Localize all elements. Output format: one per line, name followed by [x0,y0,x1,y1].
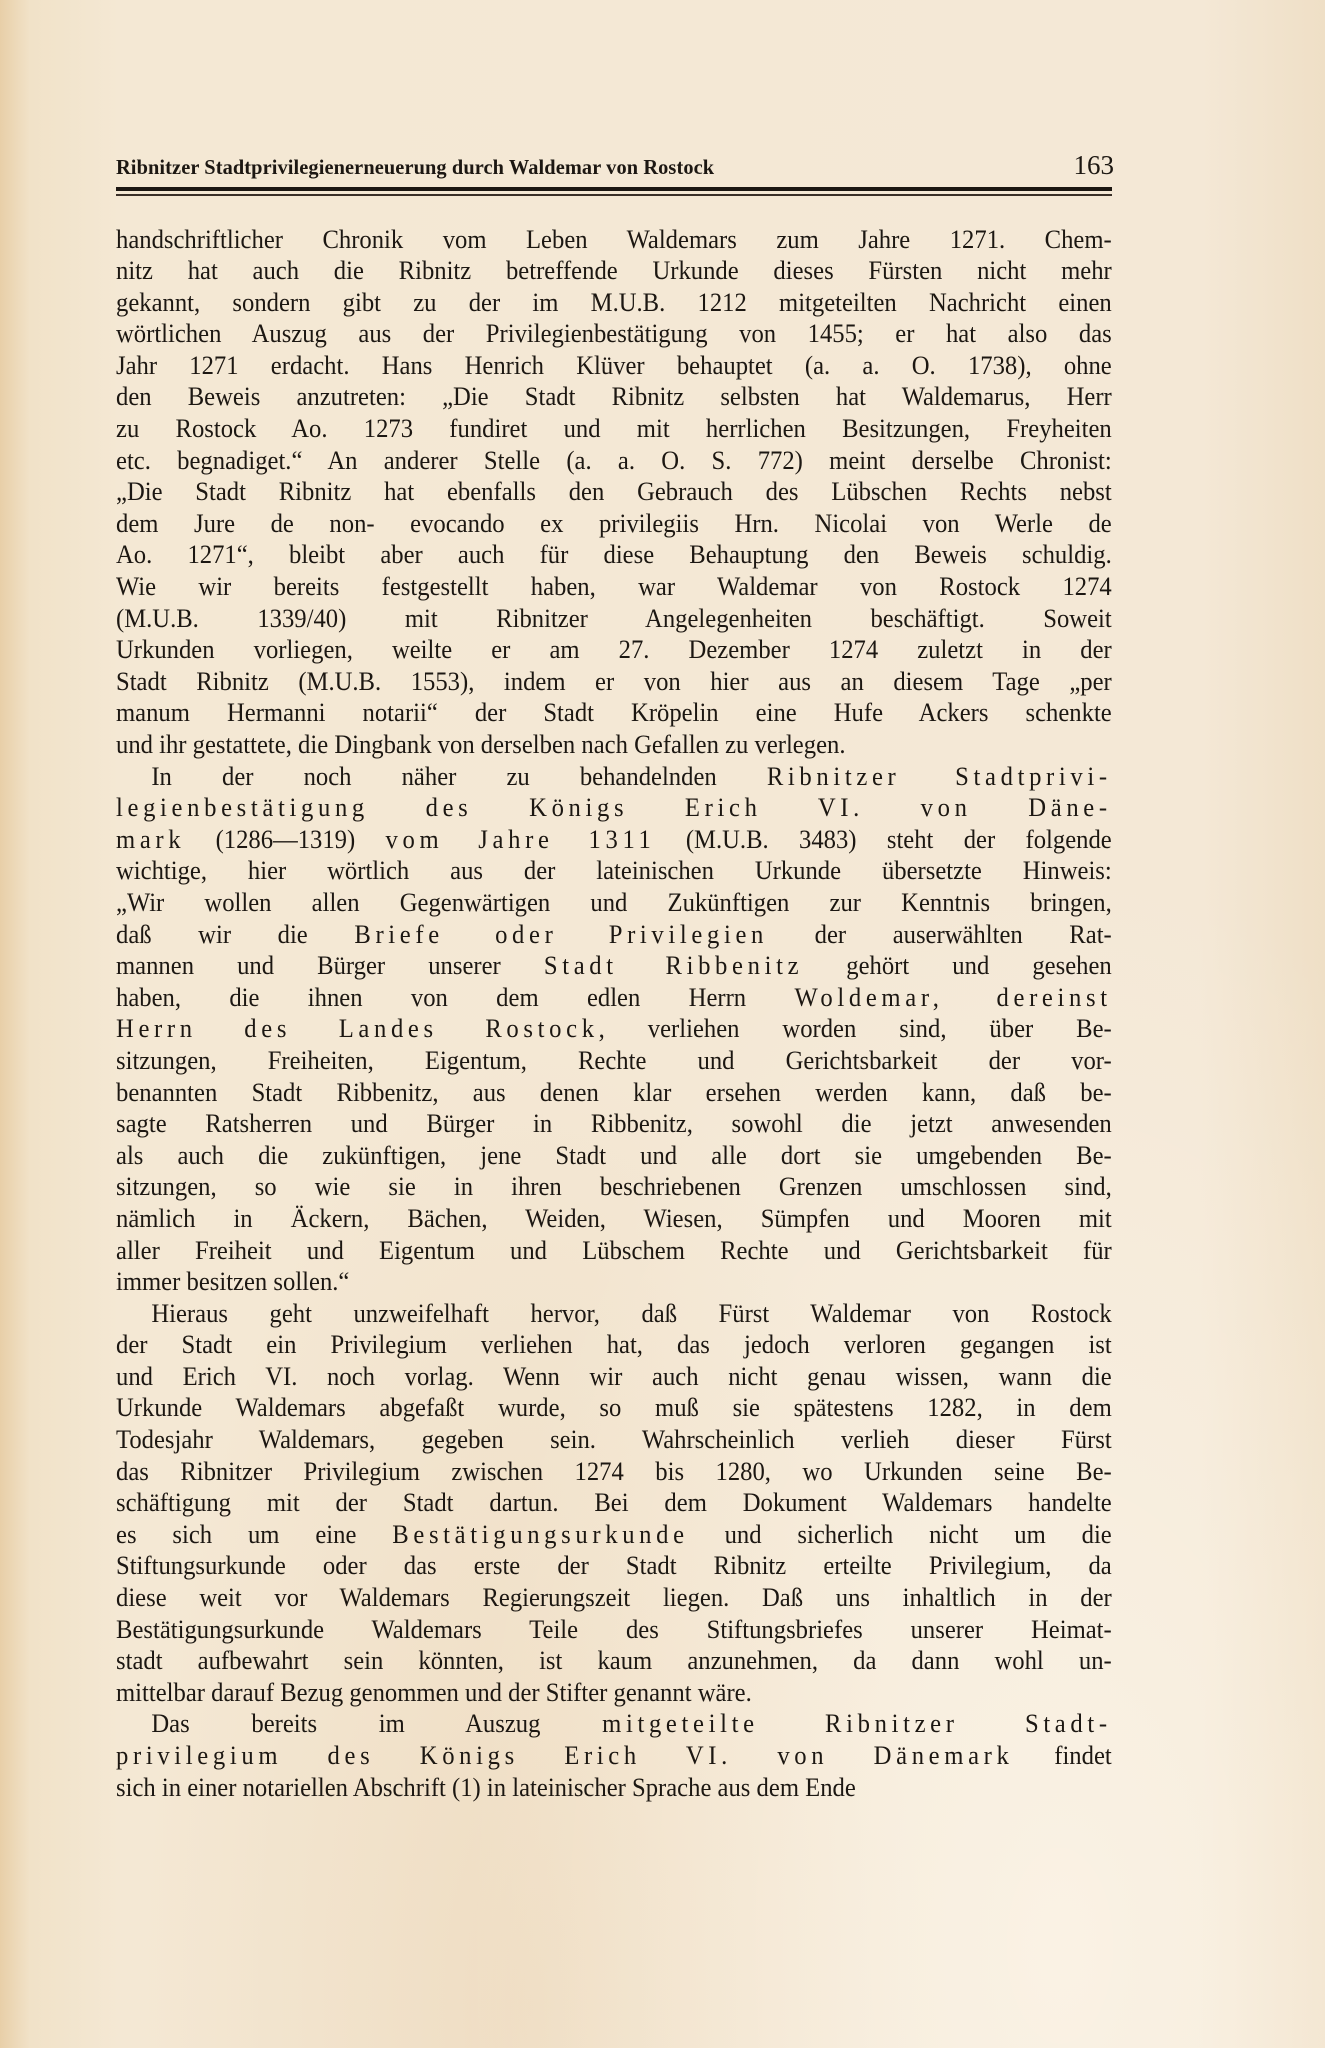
text-line: legienbestätigung des Königs Erich VI. v… [116,792,1112,824]
spaced-emphasis: Bestätigungsurkunde [392,1519,688,1549]
header-rule-thick [116,187,1112,191]
text-run: manum Hermanni notarii“ der Stadt Kröpel… [116,697,1112,727]
text-run: sagte Ratsherren und Bürger in Ribbenitz… [116,1108,1112,1138]
text-run: sich in einer notariellen Abschrift (1) … [116,1772,856,1802]
text-run: es sich um eine [116,1519,392,1549]
text-run: Bestätigungsurkunde Waldemars Teile des … [116,1614,1112,1644]
text-line: nämlich in Äckern, Bächen, Weiden, Wiese… [116,1203,1112,1235]
text-line: Jahr 1271 erdacht. Hans Henrich Klüver b… [116,350,1112,382]
text-run: der Stadt ein Privilegium verliehen hat,… [116,1329,1112,1359]
text-line: Wie wir bereits festgestellt haben, war … [116,571,1112,603]
text-run: (1286—1319) [185,824,385,854]
text-line: mannen und Bürger unserer Stadt Ribbenit… [116,950,1112,982]
text-line: Das bereits im Auszug mitgeteilte Ribnit… [116,1708,1112,1740]
text-run: und Erich VI. noch vorlag. Wenn wir auch… [116,1361,1112,1391]
text-run: Stiftungsurkunde oder das erste der Stad… [116,1550,1112,1580]
text-run: , verliehen worden sind, über Be- [599,1013,1112,1043]
text-line: das Ribnitzer Privilegium zwischen 1274 … [116,1456,1112,1488]
text-line: gekannt, sondern gibt zu der im M.U.B. 1… [116,287,1112,319]
text-line: als auch die zukünftigen, jene Stadt und… [116,1140,1112,1172]
text-run: und sicherlich nicht um die [689,1519,1112,1549]
text-line: sitzungen, Freiheiten, Eigentum, Rechte … [116,1045,1112,1077]
spaced-emphasis: Ribnitzer Stadtprivi- [767,761,1112,791]
text-line: handschriftlicher Chronik vom Leben Wald… [116,224,1112,256]
text-line: es sich um eine Bestätigungsurkunde und … [116,1519,1112,1551]
running-title: Ribnitzer Stadtprivilegienerneuerung dur… [116,155,714,180]
text-run: (M.U.B. 1339/40) mit Ribnitzer Angelegen… [116,603,1112,633]
text-run: das Ribnitzer Privilegium zwischen 1274 … [116,1456,1112,1486]
text-run: aller Freiheit und Eigentum und Lübschem… [116,1235,1112,1265]
text-line: und ihr gestattete, die Dingbank von der… [116,729,1112,761]
text-run: Ao. 1271“, bleibt aber auch für diese Be… [116,539,1112,569]
text-run: Jahr 1271 erdacht. Hans Henrich Klüver b… [116,350,1112,380]
spaced-emphasis: Stadt Ribbenitz [544,950,803,980]
text-line: den Beweis anzutreten: „Die Stadt Ribnit… [116,381,1112,413]
text-run: Urkunde Waldemars abgefaßt wurde, so muß… [116,1392,1112,1422]
text-run: dem Jure de non- evocando ex privilegiis… [116,508,1112,538]
body-text: handschriftlicher Chronik vom Leben Wald… [116,224,1112,1804]
text-line: Bestätigungsurkunde Waldemars Teile des … [116,1614,1112,1646]
text-run: diese weit vor Waldemars Regierungszeit … [116,1582,1112,1612]
text-line: sagte Ratsherren und Bürger in Ribbenitz… [116,1108,1112,1140]
text-run: (M.U.B. 3483) steht der folgende [656,824,1112,854]
text-run: „Wir wollen allen Gegenwärtigen und Zukü… [116,887,1112,917]
text-run: mittelbar darauf Bezug genommen und der … [116,1677,752,1707]
text-run: findet [1013,1740,1111,1770]
page-number: 163 [1074,150,1115,181]
text-run: benannten Stadt Ribbenitz, aus denen kla… [116,1077,1112,1107]
text-run: Urkunden vorliegen, weilte er am 27. Dez… [116,634,1112,664]
running-header: Ribnitzer Stadtprivilegienerneuerung dur… [116,150,1112,184]
text-line: sitzungen, so wie sie in ihren beschrieb… [116,1171,1112,1203]
text-run: gekannt, sondern gibt zu der im M.U.B. 1… [116,287,1112,317]
text-run: immer besitzen sollen.“ [116,1266,349,1296]
text-line: zu Rostock Ao. 1273 fundiret und mit her… [116,413,1112,445]
text-line: wichtige, hier wörtlich aus der lateinis… [116,855,1112,887]
text-run: sitzungen, Freiheiten, Eigentum, Rechte … [116,1045,1112,1075]
text-line: und Erich VI. noch vorlag. Wenn wir auch… [116,1361,1112,1393]
text-line: manum Hermanni notarii“ der Stadt Kröpel… [116,697,1112,729]
text-line: Ao. 1271“, bleibt aber auch für diese Be… [116,539,1112,571]
text-run: haben, die ihnen von dem edlen Herrn [116,982,794,1012]
text-line: benannten Stadt Ribbenitz, aus denen kla… [116,1077,1112,1109]
text-run: schäftigung mit der Stadt dartun. Bei de… [116,1487,1112,1517]
text-line: Todesjahr Waldemars, gegeben sein. Wahrs… [116,1424,1112,1456]
text-line: Hieraus geht unzweifelhaft hervor, daß F… [116,1298,1112,1330]
paragraph: handschriftlicher Chronik vom Leben Wald… [116,224,1112,761]
text-line: etc. begnadiget.“ An anderer Stelle (a. … [116,445,1112,477]
text-run: etc. begnadiget.“ An anderer Stelle (a. … [116,445,1112,475]
text-line: Stiftungsurkunde oder das erste der Stad… [116,1550,1112,1582]
text-line: haben, die ihnen von dem edlen Herrn Wol… [116,982,1112,1014]
text-line: nitz hat auch die Ribnitz betreffende Ur… [116,255,1112,287]
text-run: Hieraus geht unzweifelhaft hervor, daß F… [151,1298,1111,1328]
text-line: daß wir die Briefe oder Privilegien der … [116,919,1112,951]
book-page: Ribnitzer Stadtprivilegienerneuerung dur… [116,150,1112,1803]
spaced-emphasis: legienbestätigung des Königs Erich VI. v… [116,792,1112,822]
text-line: (M.U.B. 1339/40) mit Ribnitzer Angelegen… [116,603,1112,635]
text-run: daß wir die [116,919,354,949]
text-line: stadt aufbewahrt sein könnten, ist kaum … [116,1645,1112,1677]
header-rule-thin [116,194,1112,196]
text-line: Urkunden vorliegen, weilte er am 27. Dez… [116,634,1112,666]
text-line: wörtlichen Auszug aus der Privilegienbes… [116,318,1112,350]
text-run: und ihr gestattete, die Dingbank von der… [116,729,845,759]
text-line: „Wir wollen allen Gegenwärtigen und Zukü… [116,887,1112,919]
text-run: mannen und Bürger unserer [116,950,544,980]
text-line: diese weit vor Waldemars Regierungszeit … [116,1582,1112,1614]
text-run: den Beweis anzutreten: „Die Stadt Ribnit… [116,381,1112,411]
text-line: schäftigung mit der Stadt dartun. Bei de… [116,1487,1112,1519]
text-run: gehört und gesehen [803,950,1112,980]
text-run: handschriftlicher Chronik vom Leben Wald… [116,224,1112,254]
text-line: dem Jure de non- evocando ex privilegiis… [116,508,1112,540]
text-run: sitzungen, so wie sie in ihren beschrieb… [116,1171,1112,1201]
paragraph: Das bereits im Auszug mitgeteilte Ribnit… [116,1708,1112,1803]
text-run: Todesjahr Waldemars, gegeben sein. Wahrs… [116,1424,1112,1454]
text-run: nitz hat auch die Ribnitz betreffende Ur… [116,255,1112,285]
spaced-emphasis: mark [116,824,185,854]
text-line: aller Freiheit und Eigentum und Lübschem… [116,1235,1112,1267]
text-run: zu Rostock Ao. 1273 fundiret und mit her… [116,413,1112,443]
spaced-emphasis: privilegium des Königs Erich VI. von Dän… [116,1740,1013,1770]
text-run: In der noch näher zu behandelnden [151,761,767,791]
text-line: „Die Stadt Ribnitz hat ebenfalls den Geb… [116,476,1112,508]
text-run: wichtige, hier wörtlich aus der lateinis… [116,855,1112,885]
text-line: In der noch näher zu behandelnden Ribnit… [116,761,1112,793]
text-line: Herrn des Landes Rostock, verliehen word… [116,1013,1112,1045]
text-run: stadt aufbewahrt sein könnten, ist kaum … [116,1645,1112,1675]
spaced-emphasis: mitgeteilte Ribnitzer Stadt- [602,1708,1112,1738]
spaced-emphasis: vom Jahre 1311 [386,824,656,854]
text-line: der Stadt ein Privilegium verliehen hat,… [116,1329,1112,1361]
text-line: Stadt Ribnitz (M.U.B. 1553), indem er vo… [116,666,1112,698]
spaced-emphasis: Briefe oder Privilegien [354,919,768,949]
spaced-emphasis: Herrn des Landes Rostock [116,1013,599,1043]
text-run: Das bereits im Auszug [151,1708,602,1738]
text-run: als auch die zukünftigen, jene Stadt und… [116,1140,1112,1170]
text-line: mittelbar darauf Bezug genommen und der … [116,1677,1112,1709]
text-line: sich in einer notariellen Abschrift (1) … [116,1772,1112,1804]
text-run: nämlich in Äckern, Bächen, Weiden, Wiese… [116,1203,1112,1233]
text-run: „Die Stadt Ribnitz hat ebenfalls den Geb… [116,476,1112,506]
text-line: privilegium des Königs Erich VI. von Dän… [116,1740,1112,1772]
text-run: wörtlichen Auszug aus der Privilegienbes… [116,318,1112,348]
spaced-emphasis: Woldemar, dereinst [794,982,1111,1012]
text-run: der auserwählten Rat- [768,919,1112,949]
text-run: Stadt Ribnitz (M.U.B. 1553), indem er vo… [116,666,1112,696]
text-run: Wie wir bereits festgestellt haben, war … [116,571,1112,601]
paragraph: In der noch näher zu behandelnden Ribnit… [116,761,1112,1298]
text-line: immer besitzen sollen.“ [116,1266,1112,1298]
text-line: mark (1286—1319) vom Jahre 1311 (M.U.B. … [116,824,1112,856]
paragraph: Hieraus geht unzweifelhaft hervor, daß F… [116,1298,1112,1709]
text-line: Urkunde Waldemars abgefaßt wurde, so muß… [116,1392,1112,1424]
